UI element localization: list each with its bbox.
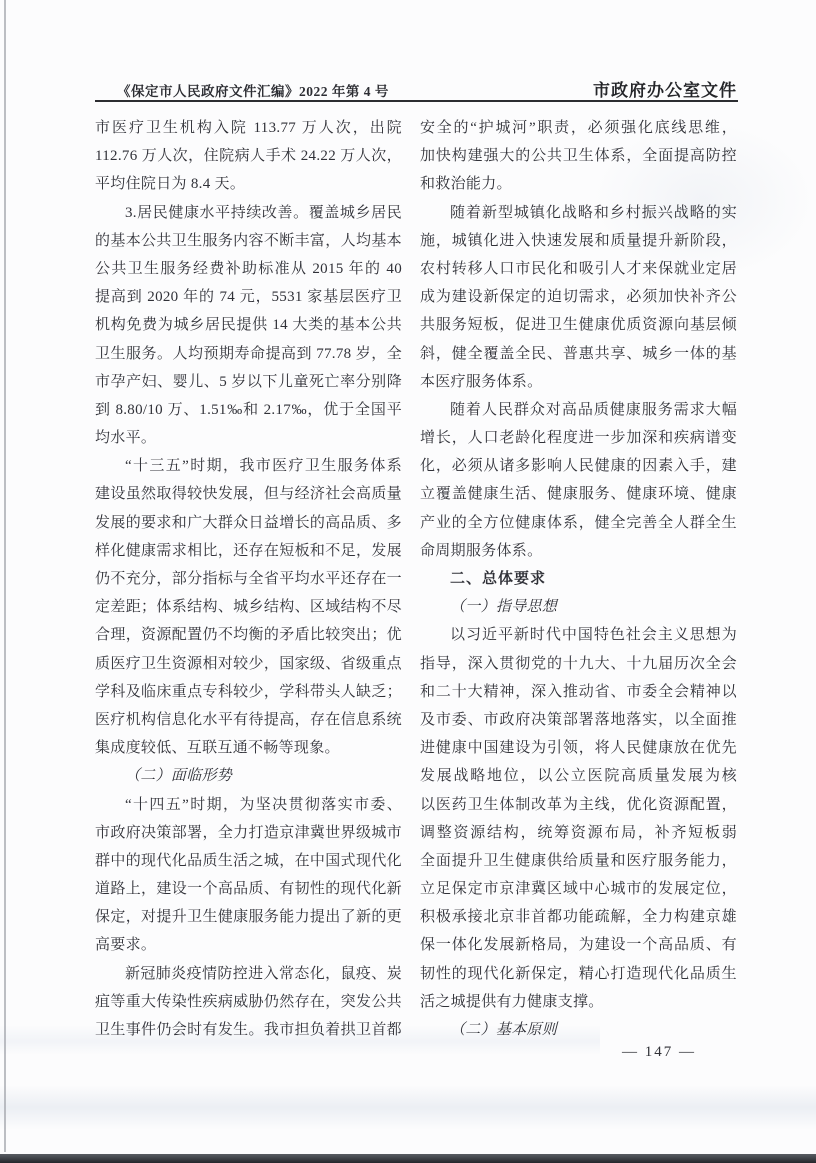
text-line: 积极承接北京非首都功能疏解，全力构建京雄 [420,903,737,931]
text-line: 命周期服务体系。 [420,537,737,565]
text-line: 学科及临床重点专科较少，学科带头人缺乏； [95,678,402,706]
text-line: 公共卫生服务经费补助标准从 2015 年的 40 元 [95,255,402,283]
text-line: 加快构建强大的公共卫生体系，全面提高防控 [420,142,737,170]
text-line: 到 8.80/10 万、1.51‰和 2.17‰，优于全国平 [95,396,402,424]
header-compilation-title: 《保定市人民政府文件汇编》2022 年第 4 号 [117,80,389,100]
text-line: 产业的全方位健康体系，健全完善全人群全生 [420,509,737,537]
text-line: 斜，健全覆盖全民、普惠共享、城乡一体的基 [420,340,737,368]
text-line: 机构免费为城乡居民提供 14 大类的基本公共 [95,311,402,339]
text-line: 及市委、市政府决策部署落地落实，以全面推 [420,706,737,734]
text-line: 新冠肺炎疫情防控进入常态化，鼠疫、炭 [95,960,402,988]
text-line: 3.居民健康水平持续改善。覆盖城乡居民 [95,199,402,227]
text-line: 的基本公共卫生服务内容不断丰富，人均基本 [95,227,402,255]
text-line: 市医疗卫生机构入院 113.77 万人次，出院 [95,114,402,142]
scan-edge-left [4,0,6,1152]
text-line: 成为建设新保定的迫切需求，必须加快补齐公 [420,283,737,311]
text-line: 卫生服务。人均预期寿命提高到 77.78 岁，全 [95,340,402,368]
text-line: 施，城镇化进入快速发展和质量提升新阶段， [420,227,737,255]
left-text-column: 市医疗卫生机构入院 113.77 万人次，出院112.76 万人次，住院病人手术… [95,114,402,1044]
text-line: 增长，人口老龄化程度进一步加深和疾病谱变 [420,424,737,452]
page-number: — 147 — [622,1044,696,1061]
scan-edge-bottom [0,1154,816,1163]
text-line: （二）基本原则 [420,1016,737,1044]
text-line: 医疗机构信息化水平有待提高，存在信息系统 [95,706,402,734]
text-line: 农村转移人口市民化和吸引人才来保就业定居 [420,255,737,283]
text-line: 市孕产妇、婴儿、5 岁以下儿童死亡率分别降 [95,368,402,396]
text-line: 仍不充分，部分指标与全省平均水平还存在一 [95,565,402,593]
text-line: 化，必须从诸多影响人民健康的因素入手，建 [420,452,737,480]
text-line: （一）指导思想 [420,593,737,621]
text-line: 二、总体要求 [420,565,737,593]
text-line: 疽等重大传染性疾病威胁仍然存在，突发公共 [95,988,402,1016]
text-line: “十四五”时期，为坚决贯彻落实市委、 [95,791,402,819]
text-line: 立覆盖健康生活、健康服务、健康环境、健康 [420,480,737,508]
text-line: 高要求。 [95,931,402,959]
text-line: 共服务短板，促进卫生健康优质资源向基层倾 [420,311,737,339]
text-line: 卫生事件仍会时有发生。我市担负着拱卫首都 [95,1016,402,1044]
text-line: 群中的现代化品质生活之城，在中国式现代化 [95,847,402,875]
text-line: 指导，深入贯彻党的十九大、十九届历次全会 [420,650,737,678]
text-line: 建设虽然取得较快发展，但与经济社会高质量 [95,480,402,508]
text-line: 市政府决策部署，全力打造京津冀世界级城市 [95,819,402,847]
text-line: 韧性的现代化新保定，精心打造现代化品质生 [420,960,737,988]
text-line: 发展战略地位，以公立医院高质量发展为核心， [420,762,737,790]
text-line: 定差距；体系结构、城乡结构、区域结构不尽 [95,593,402,621]
text-line: 活之城提供有力健康支撑。 [420,988,737,1016]
text-line: 样化健康需求相比，还存在短板和不足，发展 [95,537,402,565]
text-line: 保定，对提升卫生健康服务能力提出了新的更 [95,903,402,931]
text-line: “十三五”时期，我市医疗卫生服务体系 [95,452,402,480]
text-line: 合理，资源配置仍不均衡的矛盾比较突出；优 [95,621,402,649]
text-line: 随着人民群众对高品质健康服务需求大幅 [420,396,737,424]
text-line: 平均住院日为 8.4 天。 [95,170,402,198]
document-page: 《保定市人民政府文件汇编》2022 年第 4 号 市政府办公室文件 市医疗卫生机… [0,0,816,1163]
text-line: （二）面临形势 [95,762,402,790]
text-line: 安全的“护城河”职责，必须强化底线思维， [420,114,737,142]
text-line: 和救治能力。 [420,170,737,198]
text-line: 提高到 2020 年的 74 元，5531 家基层医疗卫生 [95,283,402,311]
text-line: 以习近平新时代中国特色社会主义思想为 [420,621,737,649]
header-doc-category: 市政府办公室文件 [593,76,737,101]
text-line: 发展的要求和广大群众日益增长的高品质、多 [95,509,402,537]
scan-artifact [0,1085,816,1130]
text-line: 立足保定市京津冀区域中心城市的发展定位， [420,875,737,903]
text-line: 进健康中国建设为引领，将人民健康放在优先 [420,734,737,762]
text-line: 以医药卫生体制改革为主线，优化资源配置， [420,791,737,819]
text-line: 集成度较低、互联互通不畅等现象。 [95,734,402,762]
text-line: 本医疗服务体系。 [420,368,737,396]
text-line: 调整资源结构，统筹资源布局，补齐短板弱项， [420,819,737,847]
text-line: 和二十大精神，深入推动省、市委全会精神以 [420,678,737,706]
text-line: 保一体化发展新格局，为建设一个高品质、有 [420,931,737,959]
text-line: 道路上，建设一个高品质、有韧性的现代化新 [95,875,402,903]
text-line: 112.76 万人次，住院病人手术 24.22 万人次， [95,142,402,170]
header-rule [95,100,738,102]
text-line: 质医疗卫生资源相对较少，国家级、省级重点 [95,650,402,678]
text-line: 均水平。 [95,424,402,452]
text-line: 全面提升卫生健康供给质量和医疗服务能力， [420,847,737,875]
text-line: 随着新型城镇化战略和乡村振兴战略的实 [420,199,737,227]
right-text-column: 安全的“护城河”职责，必须强化底线思维，加快构建强大的公共卫生体系，全面提高防控… [420,114,737,1044]
